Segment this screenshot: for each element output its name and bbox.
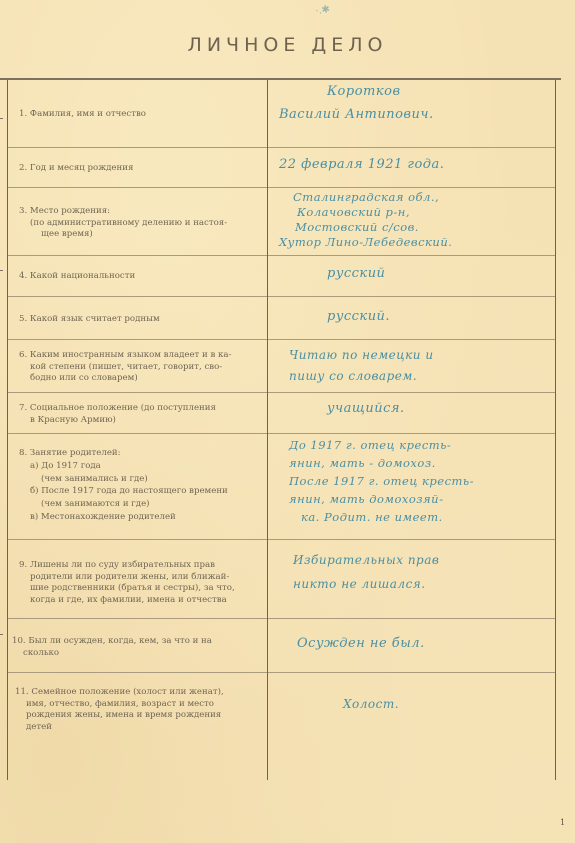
question-text: 4. Какой национальности [19, 271, 135, 281]
left-border [7, 80, 8, 780]
form-row-4: 4. Какой национальности русский [7, 256, 555, 297]
form-row-9: 9. Лишены ли по суду избирательных прав … [7, 540, 555, 619]
form-row-7: 7. Социальное положение (до поступления … [7, 393, 555, 434]
question-text: (по административному делению и настоя- [19, 218, 265, 230]
answer-3: Сталинградская обл., Колачовский р-н, Мо… [279, 190, 549, 250]
answer-text: Избирательных прав [279, 548, 549, 572]
question-text: а) До 1917 года [19, 460, 265, 473]
form-row-2: 2. Год и месяц рождения 22 февраля 1921 … [7, 148, 555, 188]
answer-text: 22 февраля 1921 года. [279, 155, 549, 174]
answer-text: учащийся. [279, 399, 549, 418]
question-text: 5. Какой язык считает родным [19, 314, 160, 324]
question-text: родители или родители жены, или ближай- [19, 572, 265, 584]
answer-text: янин, мать домохозяй- [279, 490, 549, 508]
answer-text: Хутор Лино-Лебедевский. [279, 235, 549, 250]
question-text: 3. Место рождения: [19, 206, 110, 216]
question-text: щее время) [19, 229, 265, 241]
question-text: (чем занимались и где) [19, 473, 265, 486]
answer-text: Мостовский с/сов. [279, 220, 549, 235]
question-text: 8. Занятие родителей: [19, 448, 121, 458]
answer-text: пишу со словарем. [279, 366, 549, 387]
form-row-6: 6. Каким иностранным языком владеет и в … [7, 340, 555, 393]
answer-4: русский [279, 264, 549, 283]
answer-text: русский. [279, 307, 549, 326]
form-row-10: 10. Был ли осужден, когда, кем, за что и… [7, 619, 555, 673]
answer-2: 22 февраля 1921 года. [279, 155, 549, 174]
question-text: бодно или со словарем) [19, 373, 265, 385]
question-text: 7. Социальное положение (до поступления [19, 403, 216, 413]
answer-11: Холост. [279, 695, 549, 714]
column-divider [267, 80, 268, 780]
answer-text: Василий Антипович. [279, 105, 549, 124]
answer-text: ка. Родит. не имеет. [279, 508, 549, 526]
question-text: в Красную Армию) [19, 415, 265, 427]
answer-text: До 1917 г. отец кресть- [279, 436, 549, 454]
answer-1: Коротков Василий Антипович. [279, 82, 549, 124]
question-text: 9. Лишены ли по суду избирательных прав [19, 560, 215, 570]
question-11: 11. Семейное положение (холост или женат… [15, 687, 261, 733]
answer-10: Осужден не был. [279, 634, 549, 653]
question-text: имя, отчество, фамилия, возраст и место [15, 699, 261, 711]
answer-text: После 1917 г. отец кресть- [279, 472, 549, 490]
form-row-11: 11. Семейное положение (холост или женат… [7, 673, 555, 780]
question-2: 2. Год и месяц рождения [19, 163, 265, 175]
answer-text: русский [279, 264, 549, 283]
answer-text: никто не лишался. [279, 572, 549, 596]
answer-text: Осужден не был. [279, 634, 549, 653]
answer-text: Колачовский р-н, [279, 205, 549, 220]
question-text: сколько [12, 648, 258, 660]
question-text: 2. Год и месяц рождения [19, 163, 133, 173]
answer-5: русский. [279, 307, 549, 326]
question-text: 10. Был ли осужден, когда, кем, за что и… [12, 636, 212, 646]
answer-text: Сталинградская обл., [279, 190, 549, 205]
form-row-8: 8. Занятие родителей: а) До 1917 года (ч… [7, 434, 555, 540]
archive-stamp: ·.✱ [315, 0, 366, 16]
form-row-5: 5. Какой язык считает родным русский. [7, 297, 555, 340]
answer-6: Читаю по немецки и пишу со словарем. [279, 345, 549, 387]
answer-text: Холост. [279, 695, 549, 714]
question-9: 9. Лишены ли по суду избирательных прав … [19, 560, 265, 606]
question-10: 10. Был ли осужден, когда, кем, за что и… [12, 636, 258, 659]
margin-mark [0, 118, 3, 119]
question-text: 6. Каким иностранным языком владеет и в … [19, 350, 231, 360]
answer-7: учащийся. [279, 399, 549, 418]
question-text: 1. Фамилия, имя и отчество [19, 109, 146, 119]
question-text: в) Местонахождение родителей [19, 511, 265, 524]
question-7: 7. Социальное положение (до поступления … [19, 403, 265, 426]
margin-mark [0, 634, 3, 635]
page-title: ЛИЧНОЕ ДЕЛО [0, 34, 575, 56]
question-1: 1. Фамилия, имя и отчество [19, 109, 265, 121]
page-number: 1 [560, 818, 565, 827]
answer-text: янин, мать - домохоз. [279, 454, 549, 472]
question-text: рождения жены, имена и время рождения [15, 710, 261, 722]
question-6: 6. Каким иностранным языком владеет и в … [19, 350, 265, 385]
question-text: шие родственники (братья и сестры), за ч… [19, 583, 265, 595]
answer-text: Коротков [279, 82, 549, 101]
question-text: б) После 1917 года до настоящего времени [19, 485, 265, 498]
margin-mark [0, 270, 3, 271]
form-row-1: 1. Фамилия, имя и отчество Коротков Васи… [7, 80, 555, 148]
question-3: 3. Место рождения: (по административному… [19, 206, 265, 241]
question-8: 8. Занятие родителей: а) До 1917 года (ч… [19, 447, 265, 524]
question-text: (чем занимаются и где) [19, 498, 265, 511]
question-text: детей [15, 722, 261, 734]
answer-8: До 1917 г. отец кресть- янин, мать - дом… [279, 436, 549, 526]
personal-file-form: 1. Фамилия, имя и отчество Коротков Васи… [7, 80, 555, 780]
question-text: 11. Семейное положение (холост или женат… [15, 687, 224, 697]
question-5: 5. Какой язык считает родным [19, 314, 265, 326]
question-text: кой степени (пишет, читает, говорит, сво… [19, 362, 265, 374]
question-text: когда и где, их фамилии, имена и отчеств… [19, 595, 265, 607]
form-row-3: 3. Место рождения: (по административному… [7, 188, 555, 256]
answer-text: Читаю по немецки и [279, 345, 549, 366]
question-4: 4. Какой национальности [19, 271, 265, 283]
right-border [555, 80, 556, 780]
answer-9: Избирательных прав никто не лишался. [279, 548, 549, 596]
